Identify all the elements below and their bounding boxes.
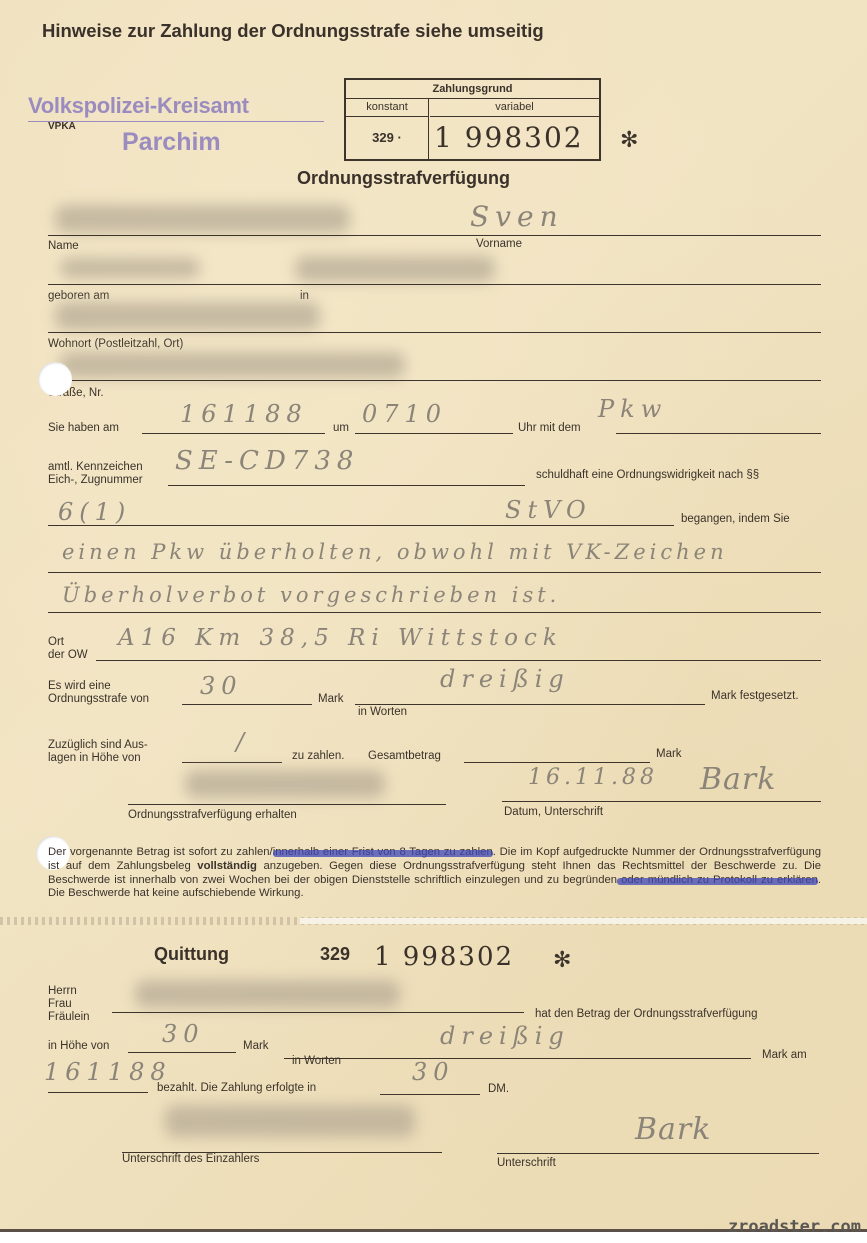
plate-line: [168, 485, 525, 486]
police-office-stamp-line2: Parchim: [122, 128, 221, 157]
site-watermark: zroadster.com: [728, 1217, 861, 1237]
auslagen-line: [182, 762, 282, 763]
vpka-label: VPKA: [48, 121, 76, 132]
mark-am-label: Mark am: [762, 1049, 807, 1062]
kennzeichen-label-2: Eich-, Zugnummer: [48, 474, 143, 487]
receipt-number-variabel: 1 998302: [374, 942, 514, 972]
form-title: Ordnungsstrafverfügung: [297, 168, 510, 189]
salutation-fraeulein: Fräulein: [48, 1011, 90, 1024]
offense-date-value: 161188: [180, 400, 308, 428]
bezahlt-label: bezahlt. Die Zahlung erfolgte in: [157, 1082, 316, 1095]
schuldhaft-label: schuldhaft eine Ordnungswidrigkeit nach …: [536, 469, 759, 482]
instructions-paragraph: Der vorgenannte Betrag ist sofort zu zah…: [48, 846, 821, 901]
currency-line: [380, 1094, 480, 1095]
location-line: [96, 660, 821, 661]
auslagen-value: /: [236, 728, 250, 756]
paragraph-value: 6(1): [58, 498, 131, 526]
fine-amount-value: 30: [200, 672, 243, 700]
birth-line: [48, 284, 821, 285]
salutation-frau: Frau: [48, 998, 72, 1011]
street-line: [48, 380, 821, 381]
receipt-amount-line: [128, 1052, 236, 1053]
police-office-stamp-line1: Volkspolizei-Kreisamt: [28, 93, 249, 119]
einzahler-label: Unterschrift des Einzahlers: [122, 1153, 259, 1166]
vehicle-line: [616, 433, 821, 434]
festgesetzt-label: Mark festgesetzt.: [711, 690, 799, 703]
payment-reason-box: Zahlungsgrund konstant variabel 329 · 1 …: [344, 78, 601, 161]
erhalten-label: Ordnungsstrafverfügung erhalten: [128, 809, 297, 822]
unterschrift-line: [497, 1153, 819, 1154]
name-label: Name: [48, 240, 79, 253]
erhalten-line: [128, 804, 446, 805]
redacted-payer-name: [135, 980, 400, 1008]
fine-document-sheet: Hinweise zur Zahlung der Ordnungsstrafe …: [0, 0, 867, 1232]
auslagen-label-1: Zuzüglich sind Aus-: [48, 739, 148, 752]
license-plate-value: SE-CD738: [175, 446, 359, 476]
unterschrift-label: Unterschrift: [497, 1157, 556, 1170]
time-line: [355, 433, 513, 434]
receipt-number-konstant: 329: [320, 944, 350, 965]
konstant-value: 329 ·: [346, 117, 429, 159]
uhr-mit-dem-label: Uhr mit dem: [518, 422, 581, 435]
datum-label: Datum, Unterschrift: [504, 806, 603, 819]
redacted-name: [55, 205, 350, 233]
vorname-value: Sven: [470, 200, 564, 233]
officer-signature: Bark: [700, 762, 776, 797]
receipt-mark-label: Mark: [243, 1040, 269, 1053]
asterisk-mark-icon: ✻: [553, 948, 571, 973]
redacted-recipient-signature: [185, 770, 385, 798]
ink-strikethrough: [273, 850, 493, 857]
receipt-in-worten-label: in Worten: [292, 1055, 341, 1068]
auslagen-label-2: lagen in Höhe von: [48, 752, 141, 765]
fine-amount-words-value: dreißig: [440, 665, 570, 693]
sie-haben-am-label: Sie haben am: [48, 422, 119, 435]
offense-description-line1: einen Pkw überholten, obwohl mit VK-Zeic…: [62, 540, 728, 564]
paragraph-line: [48, 525, 674, 526]
redacted-residence: [55, 302, 320, 330]
offense-description-line2: Überholverbot vorgeschrieben ist.: [62, 583, 560, 607]
begangen-label: begangen, indem Sie: [681, 513, 790, 526]
payment-reason-title: Zahlungsgrund: [346, 80, 599, 99]
konstant-label: konstant: [346, 99, 429, 117]
name-line: [48, 235, 821, 236]
receipt-title: Quittung: [154, 944, 229, 965]
datum-line: [502, 801, 821, 802]
payment-currency-value: 30: [412, 1058, 455, 1086]
wohnort-label: Wohnort (Postleitzahl, Ort): [48, 338, 183, 351]
ort-label-2: der OW: [48, 649, 88, 662]
gesamtbetrag-label: Gesamtbetrag: [368, 750, 441, 763]
gesamt-mark-label: Mark: [656, 748, 682, 761]
issue-date-value: 16.11.88: [528, 765, 658, 790]
ink-strikethrough: [617, 878, 818, 885]
redacted-birthplace: [295, 256, 495, 282]
date-line: [142, 433, 325, 434]
um-label: um: [333, 422, 349, 435]
zu-zahlen-label: zu zahlen.: [292, 750, 344, 763]
offense-location-value: A16 Km 38,5 Ri Wittstock: [118, 625, 563, 651]
fine-label-2: Ordnungsstrafe von: [48, 693, 149, 706]
emphasis-word: vollständig: [197, 860, 257, 872]
variabel-label: variabel: [430, 99, 599, 117]
vorname-label: Vorname: [476, 238, 522, 251]
asterisk-mark-icon: ✻: [620, 128, 638, 153]
mark-label: Mark: [318, 693, 344, 706]
in-worten-label: in Worten: [358, 706, 407, 719]
redacted-birthdate: [60, 258, 200, 278]
amount-line: [182, 704, 312, 705]
hat-den-betrag-label: hat den Betrag der Ordnungsstrafverfügun…: [535, 1008, 757, 1021]
fine-label-1: Es wird eine: [48, 680, 111, 693]
in-hoehe-label: in Höhe von: [48, 1040, 109, 1053]
vehicle-value: Pkw: [598, 395, 667, 423]
gesamtbetrag-line: [464, 762, 650, 763]
paid-date-value: 161188: [44, 1058, 172, 1086]
law-value: StVO: [505, 496, 592, 524]
struck-text-deadline: innerhalb einer Frist von 8 Tagen zu zah…: [273, 846, 493, 858]
redacted-street: [60, 352, 405, 378]
description-line-1: [48, 572, 821, 573]
redacted-payer-signature: [165, 1105, 415, 1137]
receipt-officer-signature: Bark: [635, 1112, 711, 1147]
ort-label-1: Ort: [48, 636, 64, 649]
receipt-amount-value: 30: [162, 1020, 205, 1048]
offense-time-value: 0710: [362, 400, 447, 428]
payment-notice-heading: Hinweise zur Zahlung der Ordnungsstrafe …: [42, 20, 544, 42]
receipt-amount-words-line: [284, 1058, 751, 1059]
payer-line: [112, 1012, 524, 1013]
tear-edge: [300, 918, 867, 924]
struck-text-oral: oder mündlich zu Protokoll zu erklären: [617, 874, 818, 886]
punch-hole: [38, 362, 72, 396]
instructions-text: Der vorgenannte Betrag ist sofort zu zah…: [48, 846, 273, 858]
residence-line: [48, 332, 821, 333]
salutation-herrn: Herrn: [48, 985, 77, 998]
amount-words-line: [355, 704, 705, 705]
paid-date-line: [48, 1092, 148, 1093]
kennzeichen-label-1: amtl. Kennzeichen: [48, 461, 143, 474]
variabel-value: 1 998302: [434, 117, 594, 159]
description-line-2: [48, 612, 821, 613]
dm-label: DM.: [488, 1083, 509, 1096]
receipt-amount-words-value: dreißig: [440, 1022, 570, 1050]
